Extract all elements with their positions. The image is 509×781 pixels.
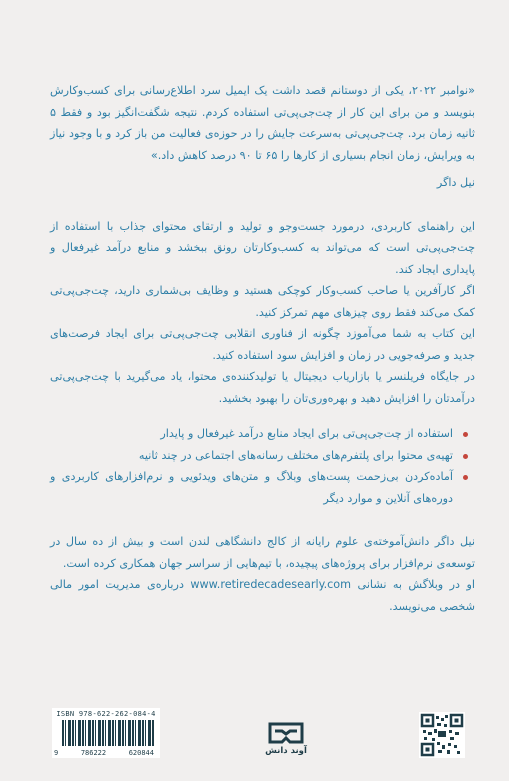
feature-item: استفاده از چت‌جی‌پی‌تی برای ایجاد منابع … — [50, 423, 453, 445]
back-cover-text: «نوامبر ۲۰۲۲، یکی از دوستانم قصد داشت یک… — [50, 80, 475, 617]
intro: این راهنمای کاربردی، درمورد جست‌وجو و تو… — [50, 216, 475, 410]
publisher-logo: آوند دانش — [262, 722, 310, 756]
isbn-label: ISBN 978-622-262-084-4 — [52, 710, 160, 718]
bio-text: او در وبلاگش به نشانی — [351, 578, 475, 591]
intro-paragraph: این کتاب به شما می‌آموزد چگونه از فناوری… — [50, 323, 475, 366]
barcode-digits: 9 786222 620844 — [54, 749, 154, 757]
feature-list: استفاده از چت‌جی‌پی‌تی برای ایجاد منابع … — [50, 423, 475, 509]
barcode-digit: 9 — [54, 749, 58, 757]
barcode-bars — [62, 720, 154, 746]
qr-code — [419, 712, 465, 758]
author-bio: نیل داگر دانش‌آموخته‌ی علوم رایانه از کا… — [50, 531, 475, 617]
intro-paragraph: در جایگاه فریلنسر یا بازاریاب دیجیتال یا… — [50, 366, 475, 409]
intro-paragraph: این راهنمای کاربردی، درمورد جست‌وجو و تو… — [50, 216, 475, 281]
bio-paragraph: نیل داگر دانش‌آموخته‌ی علوم رایانه از کا… — [50, 531, 475, 574]
intro-paragraph: اگر کارآفرین یا صاحب کسب‌وکار کوچکی هستی… — [50, 280, 475, 323]
bio-paragraph: او در وبلاگش به نشانی www.retiredecadese… — [50, 574, 475, 617]
qr-code-icon — [419, 712, 465, 758]
quote-author: نیل داگر — [50, 172, 475, 194]
quote: «نوامبر ۲۰۲۲، یکی از دوستانم قصد داشت یک… — [50, 80, 475, 166]
feature-item: آماده‌کردن بی‌زحمت پست‌های وبلاگ و متن‌ه… — [50, 466, 453, 509]
blog-url: www.retiredecadesearly.com — [190, 578, 351, 591]
isbn-barcode: ISBN 978-622-262-084-4 9 786222 620844 — [52, 708, 160, 758]
publisher-name: آوند دانش — [262, 746, 310, 756]
book-logo-icon — [268, 722, 304, 744]
barcode-digit: 620844 — [129, 749, 154, 757]
barcode-digit: 786222 — [81, 749, 106, 757]
feature-item: تهیه‌ی محتوا برای پلتفرم‌های مختلف رسانه… — [50, 445, 453, 467]
